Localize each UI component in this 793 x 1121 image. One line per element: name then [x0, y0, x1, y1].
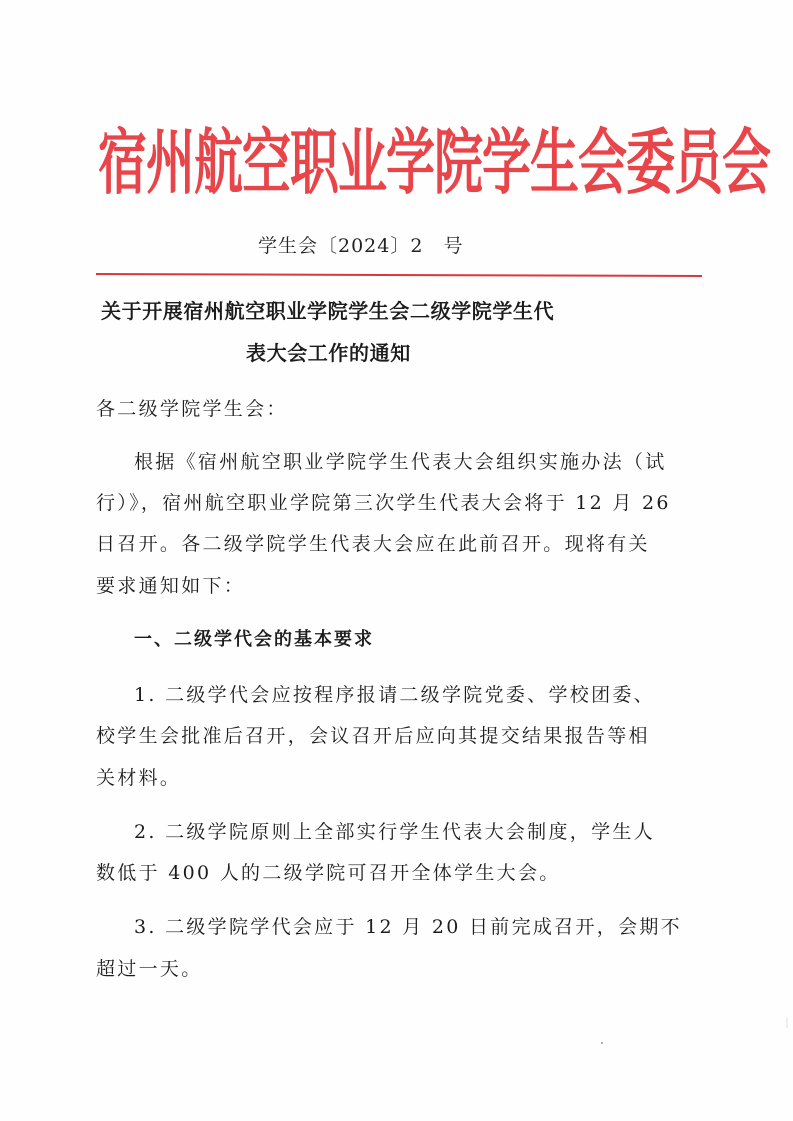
intro-line-4: 要求通知如下： — [96, 571, 716, 601]
section-heading-1: 一、二级学代会的基本要求 — [134, 625, 374, 655]
intro-line-3: 日召开。各二级学院学生代表大会应在此前召开。现将有关 — [96, 529, 716, 559]
intro-line-2: 行）》，宿州航空职业学院第三次学生代表大会将于 12 月 26 — [96, 488, 716, 518]
item-1-line-1: 1. 二级学代会应按程序报请二级学院党委、学校团委、 — [134, 680, 754, 710]
document-number: 学生会〔2024〕2 号 — [258, 232, 463, 260]
document-page: 宿州航空职业学院学生会委员会 学生会〔2024〕2 号 关于开展宿州航空职业学院… — [0, 0, 793, 1121]
item-1-line-2: 校学生会批准后召开，会议召开后应向其提交结果报告等相 — [96, 721, 716, 751]
notice-title-line-1: 关于开展宿州航空职业学院学生会二级学院学生代 — [101, 296, 701, 326]
scan-edge-mark — [786, 1018, 788, 1028]
item-2-line-1: 2. 二级学院原则上全部实行学生代表大会制度，学生人 — [134, 817, 754, 847]
item-1-line-3: 关材料。 — [96, 763, 716, 793]
item-3-line-1: 3. 二级学院学代会应于 12 月 20 日前完成召开，会期不 — [134, 912, 754, 942]
scan-speck — [601, 1042, 603, 1044]
intro-line-1: 根据《宿州航空职业学院学生代表大会组织实施办法（试 — [134, 447, 754, 477]
salutation: 各二级学院学生会： — [96, 394, 716, 424]
item-3-line-2: 超过一天。 — [96, 954, 716, 984]
notice-title-line-2: 表大会工作的通知 — [246, 338, 793, 368]
red-divider-line — [96, 273, 702, 277]
masthead-title: 宿州航空职业学院学生会委员会 — [98, 97, 698, 230]
item-2-line-2: 数低于 400 人的二级学院可召开全体学生大会。 — [96, 858, 716, 888]
